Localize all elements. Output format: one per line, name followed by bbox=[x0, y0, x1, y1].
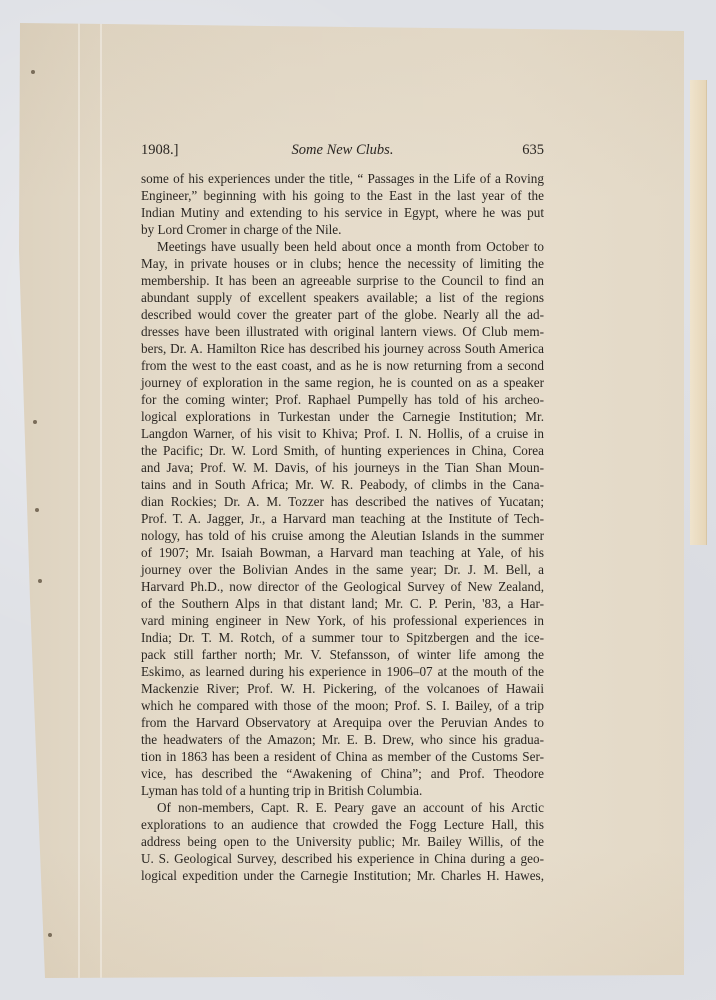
text-line: journey over the Bolivian Andes in the s… bbox=[141, 561, 544, 578]
text-line: which he compared with those of the moon… bbox=[141, 697, 544, 714]
paragraph: Meetings have usually been held about on… bbox=[141, 238, 544, 799]
text-line: of 1907; Mr. Isaiah Bowman, a Harvard ma… bbox=[141, 544, 544, 561]
text-line: vard mining engineer in New York, of his… bbox=[141, 612, 544, 629]
paragraph: Of non-members, Capt. R. E. Peary gave a… bbox=[141, 799, 544, 884]
text-line: membership. It has been an agreeable sur… bbox=[141, 272, 544, 289]
running-head: 1908.] Some New Clubs. 635 bbox=[141, 138, 544, 162]
binding-hole bbox=[38, 579, 42, 583]
text-line: Harvard Ph.D., now director of the Geolo… bbox=[141, 578, 544, 595]
text-line: tion in 1863 has been a resident of Chin… bbox=[141, 748, 544, 765]
text-line: address being open to the University pub… bbox=[141, 833, 544, 850]
text-line: Lyman has told of a hunting trip in Brit… bbox=[141, 782, 544, 799]
text-line: Langdon Warner, of his visit to Khiva; P… bbox=[141, 425, 544, 442]
text-line: described would cover the greater part o… bbox=[141, 306, 544, 323]
underlying-sheet-edge bbox=[690, 80, 707, 545]
paragraph: some of his experiences under the title,… bbox=[141, 170, 544, 238]
text-line: Engineer,” beginning with his going to t… bbox=[141, 187, 544, 204]
binding-hole bbox=[33, 420, 37, 424]
text-line: dresses have been illustrated with origi… bbox=[141, 323, 544, 340]
text-line: dian Rockies; Dr. A. M. Tozzer has descr… bbox=[141, 493, 544, 510]
text-line: of the Southern Alps in that distant lan… bbox=[141, 595, 544, 612]
binding-hole bbox=[48, 933, 52, 937]
paper-crease bbox=[78, 23, 80, 978]
text-line: May, in private houses or in clubs; henc… bbox=[141, 255, 544, 272]
text-line: Eskimo, as learned during his experience… bbox=[141, 663, 544, 680]
text-line: logical explorations in Turkestan under … bbox=[141, 408, 544, 425]
text-line: and Java; Prof. W. M. Davis, of his jour… bbox=[141, 459, 544, 476]
text-line: bers, Dr. A. Hamilton Rice has described… bbox=[141, 340, 544, 357]
text-line: U. S. Geological Survey, described his e… bbox=[141, 850, 544, 867]
text-line: from the Harvard Observatory at Arequipa… bbox=[141, 714, 544, 731]
body-text: some of his experiences under the title,… bbox=[141, 170, 544, 884]
text-line: India; Dr. T. M. Rotch, of a summer tour… bbox=[141, 629, 544, 646]
text-line: journey of exploration in the same regio… bbox=[141, 374, 544, 391]
binding-hole bbox=[35, 508, 39, 512]
text-line: Mackenzie River; Prof. W. H. Pickering, … bbox=[141, 680, 544, 697]
page-text-block: 1908.] Some New Clubs. 635 some of his e… bbox=[141, 138, 544, 884]
text-line: Prof. T. A. Jagger, Jr., a Harvard man t… bbox=[141, 510, 544, 527]
text-line: by Lord Cromer in charge of the Nile. bbox=[141, 221, 544, 238]
binding-hole bbox=[31, 70, 35, 74]
printed-page: 1908.] Some New Clubs. 635 some of his e… bbox=[0, 0, 716, 1000]
text-line: Meetings have usually been held about on… bbox=[141, 238, 544, 255]
paper-crease bbox=[100, 23, 102, 978]
text-line: some of his experiences under the title,… bbox=[141, 170, 544, 187]
running-head-title: Some New Clubs. bbox=[141, 138, 544, 162]
page-number: 635 bbox=[522, 138, 544, 162]
text-line: nology, has told of his cruise among the… bbox=[141, 527, 544, 544]
text-line: Indian Mutiny and extending to his servi… bbox=[141, 204, 544, 221]
text-line: the Pacific; Dr. W. Lord Smith, of hunti… bbox=[141, 442, 544, 459]
text-line: pack still farther north; Mr. V. Stefans… bbox=[141, 646, 544, 663]
text-line: Of non-members, Capt. R. E. Peary gave a… bbox=[141, 799, 544, 816]
text-line: from the west to the east coast, and as … bbox=[141, 357, 544, 374]
text-line: explorations to an audience that crowded… bbox=[141, 816, 544, 833]
text-line: tains and in South Africa; Mr. W. R. Pea… bbox=[141, 476, 544, 493]
text-line: for the coming winter; Prof. Raphael Pum… bbox=[141, 391, 544, 408]
text-line: abundant supply of excellent speakers av… bbox=[141, 289, 544, 306]
text-line: vice, has described the “Awakening of Ch… bbox=[141, 765, 544, 782]
text-line: the headwaters of the Amazon; Mr. E. B. … bbox=[141, 731, 544, 748]
text-line: logical expedition under the Carnegie In… bbox=[141, 867, 544, 884]
